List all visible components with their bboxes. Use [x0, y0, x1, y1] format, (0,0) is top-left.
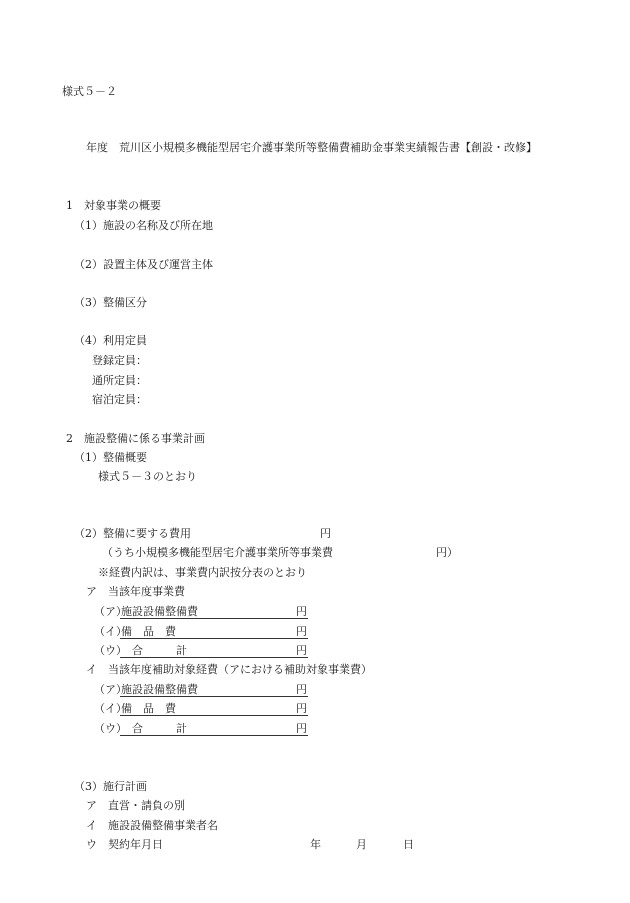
a-yen-a: 円	[296, 605, 307, 619]
i-heading: イ 当該年度補助対象経費（アにおける補助対象事業費）	[86, 663, 372, 677]
sub3-plan: （3）施行計画	[74, 780, 147, 794]
item-operator: （2）設置主体及び運営主体	[74, 258, 213, 272]
section-1-heading: 1 対象事業の概要	[66, 199, 161, 213]
sub3-item-a: ア 直営・請負の別	[86, 799, 185, 813]
capacity-overnight: 宿泊定員：	[92, 393, 147, 407]
item-capacity: （4）利用定員	[74, 334, 147, 348]
sub3-item-u: ウ 契約年月日	[86, 838, 163, 852]
a-yen-u: 円	[296, 644, 307, 658]
sub2-cost: （2）整備に要する費用	[74, 527, 191, 541]
a-label-a: 施設設備整備費	[121, 605, 198, 619]
i-label-i: 備 品 費	[121, 702, 176, 716]
section-2-heading: 2 施設整備に係る事業計画	[66, 432, 205, 446]
a-heading: ア 当該年度事業費	[86, 585, 185, 599]
a-yen-i: 円	[296, 625, 307, 639]
date-year: 年	[310, 838, 321, 852]
a-label-i: 備 品 費	[121, 625, 176, 639]
a-label-u: 合 計	[121, 644, 187, 658]
sub1-note: 様式５－３のとおり	[98, 470, 197, 484]
i-label-u: 合 計	[121, 722, 187, 736]
sub2-inner: （うち小規模多機能型居宅介護事業所等事業費	[102, 546, 333, 560]
sub1-overview: （1）整備概要	[74, 451, 147, 465]
sub3-item-i: イ 施設設備整備事業者名	[86, 819, 218, 833]
sub2-yen: 円	[320, 527, 331, 541]
item-category: （3）整備区分	[74, 296, 147, 310]
sub2-inner-yen: 円）	[436, 546, 458, 560]
capacity-registered: 登録定員：	[92, 354, 147, 368]
i-yen-i: 円	[296, 702, 307, 716]
capacity-daycare: 通所定員：	[92, 374, 147, 388]
date-month: 月	[356, 838, 367, 852]
form-id: 様式５－２	[62, 85, 117, 99]
document-title: 年度 荒川区小規模多機能型居宅介護事業所等整備費補助金事業実績報告書【創設・改修…	[86, 141, 537, 155]
date-day: 日	[403, 838, 414, 852]
sub2-note: ※経費内訳は、事業費内訳按分表のとおり	[98, 566, 307, 580]
i-label-a: 施設設備整備費	[121, 683, 198, 697]
i-yen-u: 円	[296, 722, 307, 736]
item-facility-name: （1）施設の名称及び所在地	[74, 219, 213, 233]
i-yen-a: 円	[296, 683, 307, 697]
